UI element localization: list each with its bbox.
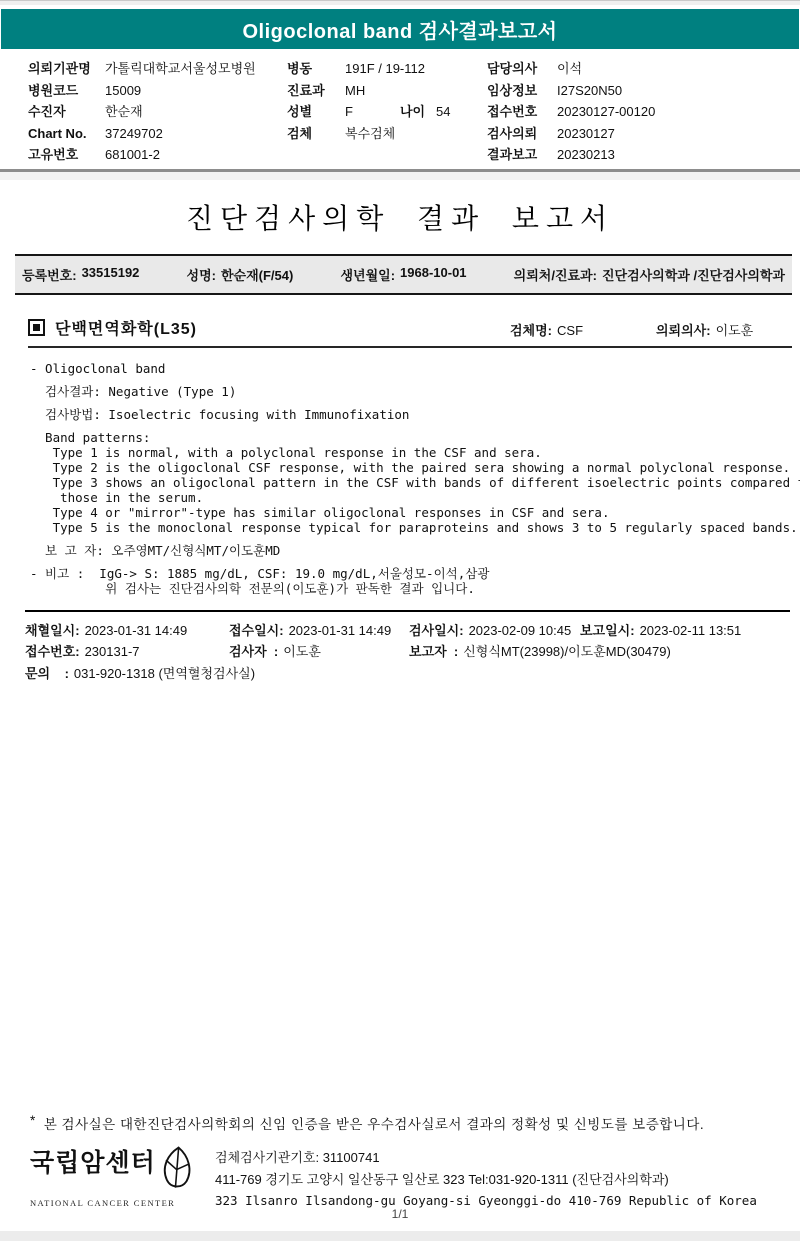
field-label: 진료과 (287, 80, 345, 102)
reporter-line: 보 고 자: 오주영MT/신형식MT/이도훈MD (30, 543, 792, 558)
report-page: Oligoclonal band 검사결과보고서 의뢰기관명 가톨릭대학교서울성… (0, 0, 800, 1241)
accreditation-disclaimer: * 본 검사실은 대한진단검사의학회의 신임 인증을 받은 우수검사실로서 결과… (30, 1113, 790, 1133)
result-line: those in the serum. (30, 490, 792, 505)
patient-info-header: 의뢰기관명 가톨릭대학교서울성모병원 병동 191F / 19-112 담당의사… (0, 49, 800, 166)
field-value: 복수검체 (345, 123, 487, 145)
age-label: 나이 (400, 101, 436, 123)
tester: 검사자 : 이도훈 (229, 641, 409, 663)
line-gap (30, 376, 792, 384)
reporter: 보고자 : 신형식MT(23998)/이도훈MD(30479) (409, 641, 671, 663)
top-strip (0, 0, 800, 7)
field-label: 검체 (287, 123, 345, 145)
result-line: 검사방법: Isoelectric focusing with Immunofi… (30, 407, 792, 422)
field-value: 191F / 19-112 (345, 58, 487, 80)
result-line: - Oligoclonal band (30, 361, 792, 376)
section-marker-icon (28, 319, 45, 336)
result-line: Band patterns: (30, 430, 792, 445)
field-value: 37249702 (105, 123, 287, 145)
section-title: 단백면역화학(L35) (55, 316, 197, 339)
test-section-header: 단백면역화학(L35) 검체명:CSF 의뢰의사:이도훈 (28, 316, 792, 348)
field-label: 담당의사 (487, 58, 557, 80)
result-line: Type 5 is the monoclonal response typica… (30, 520, 792, 535)
field-label: Chart No. (28, 123, 105, 145)
field-label: 병동 (287, 58, 345, 80)
result-line: Type 3 shows an oligoclonal pattern in t… (30, 475, 792, 490)
field-label: 수진자 (28, 101, 105, 123)
result-line: 검사결과: Negative (Type 1) (30, 384, 792, 399)
empty-cell (345, 144, 487, 166)
field-value: MH (345, 80, 487, 102)
remark-line: - 비고 : IgG-> S: 1885 mg/dL, CSF: 19.0 mg… (30, 566, 792, 581)
ordering-doctor: 의뢰의사:이도훈 (656, 320, 753, 339)
footer-row-contact: 문의 : 031-920-1318 (면역혈청검사실) (25, 663, 790, 685)
sex-value: F (345, 101, 400, 123)
field-value: 20230213 (557, 144, 792, 166)
test-time: 검사일시: 2023-02-09 10:45 (409, 620, 580, 642)
disclaimer-text: 본 검사실은 대한진단검사의학회의 신임 인증을 받은 우수검사실로서 결과의 … (44, 1113, 704, 1133)
leaf-icon (159, 1146, 195, 1195)
specimen-name: 검체명:CSF (510, 320, 583, 339)
receipt-time: 접수일시: 2023-01-31 14:49 (229, 620, 409, 642)
field-label: 결과보고 (487, 144, 557, 166)
registration-number: 등록번호: 33515192 (22, 265, 139, 284)
field-value: 한순재 (105, 101, 287, 123)
result-line: Type 1 is normal, with a polyclonal resp… (30, 445, 792, 460)
org-address-block: 검체검사기관기호: 31100741 411-769 경기도 고양시 일산동구 … (215, 1147, 757, 1212)
address-korean: 411-769 경기도 고양시 일산동구 일산로 323 Tel:031-920… (215, 1169, 757, 1191)
sex-age-cell: F 나이 54 (345, 101, 487, 123)
collection-time: 채혈일시: 2023-01-31 14:49 (25, 620, 229, 642)
document-title: 진단검사의학 결과 보고서 (0, 197, 800, 237)
field-label: 접수번호 (487, 101, 557, 123)
field-value: I27S20N50 (557, 80, 792, 102)
contact-phone: 문의 : 031-920-1318 (면역혈청검사실) (25, 663, 255, 685)
bottom-strip (0, 1231, 800, 1241)
empty-cell (287, 144, 345, 166)
referring-department: 의뢰처/진료과: 진단검사의학과 /진단검사의학과 (514, 265, 785, 284)
field-label: 검사의뢰 (487, 123, 557, 145)
line-gap (30, 422, 792, 430)
section-marker-inner (33, 324, 40, 331)
result-line: Type 4 or "mirror"-type has similar olig… (30, 505, 792, 520)
field-value: 20230127-00120 (557, 101, 792, 123)
result-line: Type 2 is the oligoclonal CSF response, … (30, 460, 792, 475)
logo-korean-text: 국립암센터 (30, 1148, 156, 1178)
result-footer: 채혈일시: 2023-01-31 14:49 접수일시: 2023-01-31 … (25, 610, 790, 685)
asterisk: * (30, 1113, 36, 1133)
header-divider (0, 169, 800, 180)
field-value: 15009 (105, 80, 287, 102)
patient-name: 성명: 한순재(F/54) (187, 265, 294, 284)
age-value: 54 (436, 101, 450, 123)
receipt-number: 접수번호: 230131-7 (25, 641, 229, 663)
report-time: 보고일시: 2023-02-11 13:51 (580, 620, 741, 642)
field-value: 681001-2 (105, 144, 287, 166)
field-value: 20230127 (557, 123, 792, 145)
page-number: 1/1 (0, 1207, 800, 1221)
result-body: - Oligoclonal band 검사결과: Negative (Type … (30, 361, 792, 596)
footer-row-times: 채혈일시: 2023-01-31 14:49 접수일시: 2023-01-31 … (25, 620, 790, 642)
line-gap (30, 535, 792, 543)
field-value: 이석 (557, 58, 792, 80)
line-gap (30, 399, 792, 407)
remark-line: 위 검사는 진단검사의학 전문의(이도훈)가 판독한 결과 입니다. (30, 581, 792, 596)
field-label: 고유번호 (28, 144, 105, 166)
ncc-logo: 국립암센터 NATIONAL CANCER CENTER (30, 1148, 200, 1208)
report-title: Oligoclonal band 검사결과보고서 (242, 15, 557, 44)
line-gap (30, 558, 792, 566)
logo-row: 국립암센터 (30, 1148, 200, 1195)
field-label: 임상정보 (487, 80, 557, 102)
org-code-line: 검체검사기관기호: 31100741 (215, 1147, 757, 1169)
patient-summary-bar: 등록번호: 33515192 성명: 한순재(F/54) 생년월일: 1968-… (15, 254, 792, 295)
field-label: 병원코드 (28, 80, 105, 102)
report-title-bar: Oligoclonal band 검사결과보고서 (1, 9, 799, 49)
birth-date: 생년월일: 1968-10-01 (340, 265, 466, 284)
footer-row-staff: 접수번호: 230131-7 검사자 : 이도훈 보고자 : 신형식MT(239… (25, 641, 790, 663)
field-label: 의뢰기관명 (28, 58, 105, 80)
field-label: 성별 (287, 101, 345, 123)
field-value: 가톨릭대학교서울성모병원 (105, 58, 287, 80)
